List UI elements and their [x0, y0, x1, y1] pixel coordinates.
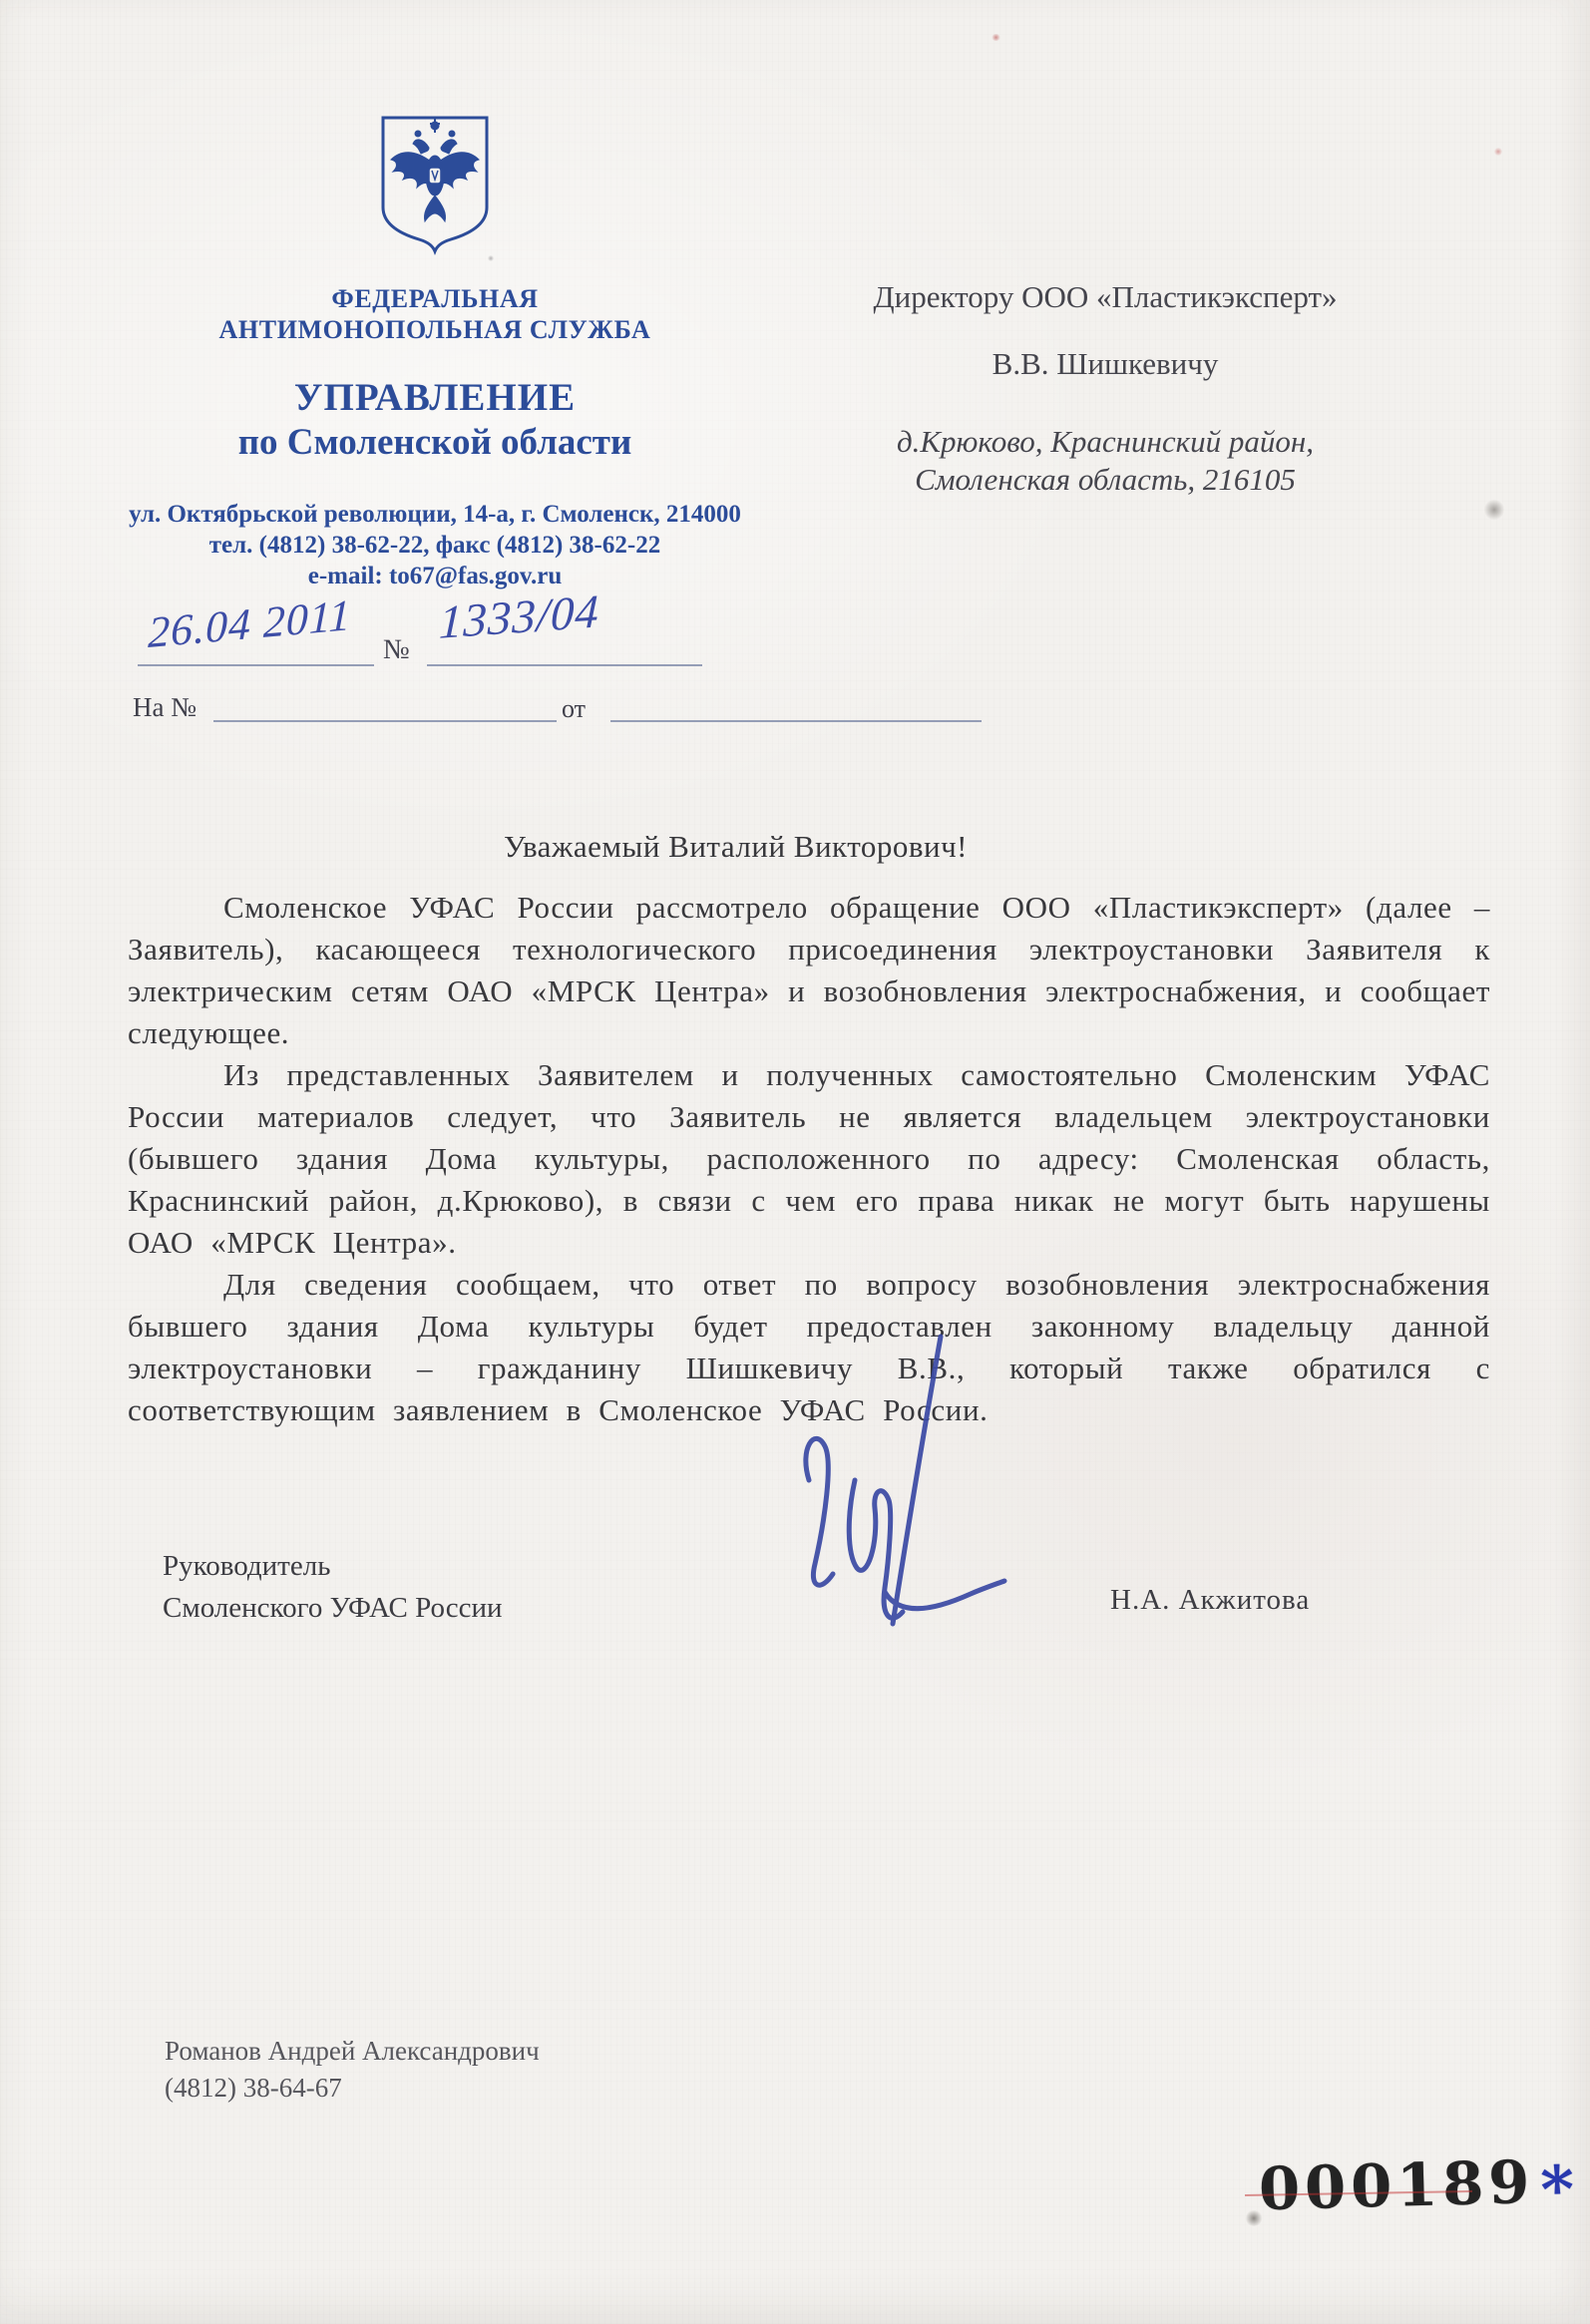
letterhead-contacts: ул. Октябрьской революции, 14-а, г. Смол… — [100, 499, 770, 591]
recipient-address-line2: Смоленская область, 216105 — [856, 461, 1355, 499]
signatory-title: Руководитель Смоленского УФАС России — [163, 1545, 503, 1629]
handwritten-outgoing-number: 1333/04 — [438, 584, 600, 649]
red-speck — [1494, 148, 1502, 156]
number-underline — [427, 664, 702, 666]
recipient-position: Директору ООО «Пластикэксперт» — [856, 279, 1355, 315]
dept-name-line1: УПРАВЛЕНИЕ — [120, 377, 750, 419]
ink-smudge — [1245, 2210, 1263, 2226]
salutation: Уважаемый Виталий Викторович! — [180, 829, 1292, 865]
letterhead-email: e-mail: to67@fas.gov.ru — [100, 561, 770, 591]
scanned-letter-page: ФЕДЕРАЛЬНАЯ АНТИМОНОПОЛЬНАЯ СЛУЖБА УПРАВ… — [0, 0, 1590, 2324]
org-name: ФЕДЕРАЛЬНАЯ АНТИМОНОПОЛЬНАЯ СЛУЖБА — [120, 283, 750, 345]
handwritten-signature — [781, 1329, 1012, 1660]
recipient-block: Директору ООО «Пластикэксперт» В.В. Шишк… — [856, 279, 1355, 499]
stamp-number-digits: 000189 — [1258, 2147, 1535, 2223]
recipient-name: В.В. Шишкевичу — [856, 346, 1355, 382]
dept-name-line2: по Смоленской области — [120, 423, 750, 463]
signatory-name: Н.А. Акжитова — [1110, 1584, 1310, 1617]
executor-phone: (4812) 38-64-67 — [165, 2070, 540, 2107]
number-sign: № — [383, 634, 410, 666]
signatory-title-line2: Смоленского УФАС России — [163, 1587, 503, 1629]
executor-block: Романов Андрей Александрович (4812) 38-6… — [165, 2033, 540, 2107]
letterhead-phone-fax: тел. (4812) 38-62-22, факс (4812) 38-62-… — [100, 530, 770, 561]
stamp-asterisk-icon: * — [1540, 2152, 1580, 2228]
from-date-underline — [610, 720, 982, 722]
org-name-line2: АНТИМОНОПОЛЬНАЯ СЛУЖБА — [120, 314, 750, 345]
org-name-line1: ФЕДЕРАЛЬНАЯ — [120, 283, 750, 314]
signatory-title-line1: Руководитель — [163, 1545, 503, 1587]
recipient-address-line1: д.Крюково, Краснинский район, — [856, 423, 1355, 461]
paragraph-2: Из представленных Заявителем и полученны… — [128, 1054, 1490, 1264]
from-date-label: от — [562, 694, 586, 724]
incoming-number-label: На № — [133, 692, 197, 723]
paper-smudge — [1484, 499, 1504, 521]
executor-name: Романов Андрей Александрович — [165, 2033, 540, 2070]
stamp-number: 000189* — [1258, 2142, 1580, 2225]
date-underline — [138, 664, 374, 666]
letterhead-address: ул. Октябрьской революции, 14-а, г. Смол… — [100, 499, 770, 530]
russia-coat-of-arms-icon — [373, 110, 497, 257]
gray-speck — [488, 255, 494, 261]
handwritten-date: 26.04 2011 — [148, 589, 352, 658]
red-speck — [992, 34, 1000, 41]
incoming-number-underline — [213, 720, 557, 722]
paragraph-1: Смоленское УФАС России рассмотрело обращ… — [128, 887, 1490, 1054]
